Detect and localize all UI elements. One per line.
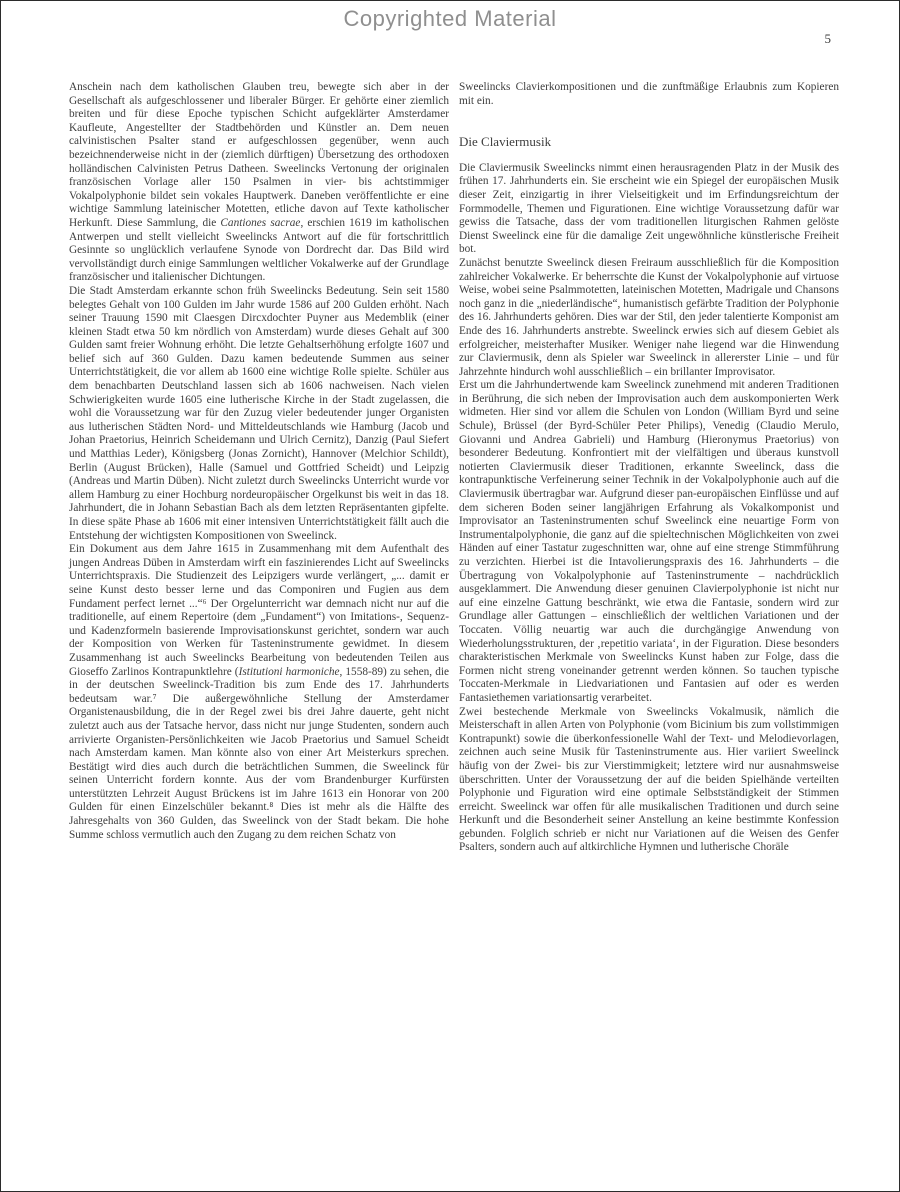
- body-text: Ein Dokument aus dem Jahre 1615 in Zusam…: [69, 543, 449, 677]
- left-column: Anschein nach dem katholischen Glauben t…: [69, 81, 449, 855]
- book-page: Copyrighted Material 5 Anschein nach dem…: [0, 0, 900, 1192]
- right-column: Sweelincks Clavierkompositionen und die …: [459, 81, 839, 855]
- body-text: Zunächst benutzte Sweelinck diesen Freir…: [459, 257, 839, 378]
- page-number: 5: [825, 31, 832, 47]
- section-heading: Die Claviermusik: [459, 135, 839, 149]
- paragraph: Die Stadt Amsterdam erkannte schon früh …: [69, 285, 449, 543]
- italic-text: Istitutioni harmoniche: [239, 666, 340, 678]
- paragraph: Sweelincks Clavierkompositionen und die …: [459, 81, 839, 108]
- paragraph: Anschein nach dem katholischen Glauben t…: [69, 81, 449, 285]
- body-text: Die Claviermusik Sweelincks nimmt einen …: [459, 162, 839, 256]
- body-text: Anschein nach dem katholischen Glauben t…: [69, 81, 449, 229]
- body-text: Erst um die Jahrhundertwende kam Sweelin…: [459, 379, 839, 704]
- body-text: Die Claviermusik: [459, 134, 551, 149]
- italic-text: Cantiones sacrae: [220, 217, 300, 229]
- text-columns: Anschein nach dem katholischen Glauben t…: [69, 81, 839, 855]
- paragraph: Zunächst benutzte Sweelinck diesen Freir…: [459, 257, 839, 379]
- paragraph: Zwei bestechende Merkmale von Sweelincks…: [459, 706, 839, 856]
- paragraph: Ein Dokument aus dem Jahre 1615 in Zusam…: [69, 543, 449, 842]
- body-text: , 1558-89) zu sehen, die in der deutsche…: [69, 666, 449, 841]
- body-text: Die Stadt Amsterdam erkannte schon früh …: [69, 285, 449, 542]
- copyright-watermark: Copyrighted Material: [1, 6, 899, 32]
- paragraph: Erst um die Jahrhundertwende kam Sweelin…: [459, 379, 839, 705]
- body-text: Sweelincks Clavierkompositionen und die …: [459, 81, 839, 107]
- body-text: Zwei bestechende Merkmale von Sweelincks…: [459, 706, 839, 854]
- paragraph: Die Claviermusik Sweelincks nimmt einen …: [459, 162, 839, 257]
